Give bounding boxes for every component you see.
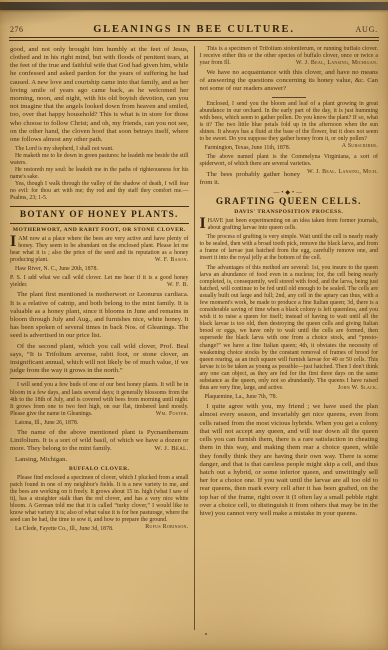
section-divider-rule: [10, 378, 114, 379]
signature-bason: W. F. Bason.: [155, 257, 189, 264]
letter-slack-para2: The process of grafting is very simple. …: [200, 234, 379, 262]
letter-foster: I will send you a few buds of one of our…: [10, 382, 189, 417]
header-rule: [9, 37, 379, 41]
article-continuation: good, and not only brought him humbly at…: [10, 46, 189, 144]
running-header: 276 GLEANINGS IN BEE CULTURE. AUG.: [10, 24, 378, 35]
reply-text: The above named plant is the Commelyna V…: [200, 154, 379, 167]
right-column: This is a specimen of Trifolium stolonif…: [194, 46, 381, 630]
section-ornament: —•◆•—: [200, 189, 379, 196]
editor-reply-basil: The name of the above mentioned plant is…: [10, 429, 189, 454]
page-number: 276: [10, 25, 52, 34]
reply-beal-spiderwort: The above named plant is the Commelyna V…: [200, 154, 379, 168]
dateline-bason: Haw River, N. C., June 20th, 1878.: [10, 266, 189, 273]
journal-title: GLEANINGS IN BEE CULTURE.: [52, 24, 336, 35]
dateline-beal: Lansing, Michigan.: [10, 456, 189, 464]
postscript-signature: W. F. B.: [167, 282, 189, 289]
psalm-line: He restoreth my soul: he leadeth me in t…: [10, 167, 189, 181]
paper-speck: [205, 633, 207, 635]
subhead-davis-process: DAVIS' TRANSPOSITION PROCESS.: [200, 209, 379, 215]
letter-slack-para3: The advantages of this method are severa…: [200, 265, 379, 393]
psalm-line: Yea, though I walk through the valley of…: [10, 181, 189, 202]
editor-reply-wild-clover: Of the second plant, which you call wild…: [10, 343, 189, 376]
signature-robinson: Rufus Robinson.: [138, 524, 188, 531]
editor-reply-motherwort: The plant first mentioned is motherwort …: [10, 291, 189, 340]
issue-month: AUG.: [336, 25, 378, 34]
editor-reply-grafting: I quite agree with you, my friend ; we h…: [200, 403, 379, 518]
dateline-slack: Plaquemine, La., June 7th, '78.: [200, 394, 379, 401]
page-content: 276 GLEANINGS IN BEE CULTURE. AUG. good,…: [0, 0, 388, 630]
signature-subscriber: A Subscriber.: [335, 143, 378, 150]
letter-body: The advantages of this method are severa…: [200, 265, 379, 392]
letter-body: HAVE just been experimenting on an idea …: [208, 218, 378, 231]
postscript-bason: P. S. I add what we call wild clover. Le…: [10, 275, 189, 289]
letter-body: Enclosed, I send you the bloom and leaf …: [200, 101, 379, 142]
subhead-motherwort: MOTHERWORT, AND RABIT FOOT, OR STONE CLO…: [10, 227, 189, 233]
psalm-line: He maketh me to lie down in green pastur…: [10, 153, 189, 167]
subhead-buffalo-clover: BUFFALO CLOVER.: [10, 466, 189, 472]
letter-bason: IAM now at a place where the bees are ve…: [10, 236, 189, 264]
postscript-text: P. S. I add what we call wild clover. Le…: [10, 275, 189, 288]
signature-beal-buffalo: W. J. Beal, Lansing, Michigan.: [289, 60, 378, 67]
reply-beal-buffalo: This is a specimen of Trifolium stolonif…: [200, 46, 379, 67]
section-heading-botany: BOTANY OF HONEY PLANTS.: [10, 210, 189, 220]
editor-note-clover: We have no acquaintance with this clover…: [200, 69, 379, 94]
dateline-foster: Latona, Ill., June 26, 1878.: [10, 420, 189, 427]
signature-slack: John W. Slack.: [331, 385, 378, 392]
signature-foster: Wm. Foster.: [149, 411, 189, 418]
journal-page-scan: 276 GLEANINGS IN BEE CULTURE. AUG. good,…: [0, 0, 388, 650]
letter-subscriber: Enclosed, I send you the bloom and leaf …: [200, 101, 379, 144]
left-column: good, and not only brought him humbly at…: [8, 46, 194, 630]
section-divider-rule: [272, 97, 306, 98]
letter-robinson: Please find enclosed a specimen of clove…: [10, 475, 189, 525]
section-heading-grafting: GRAFTING QUEEN CELLS.: [200, 197, 379, 207]
signature-beal: W. J. Beal.: [147, 445, 188, 453]
psalm-quote: The Lord is my shepherd, I shall not wan…: [10, 146, 189, 202]
letter-slack-para1: IHAVE just been experimenting on an idea…: [200, 218, 379, 232]
signature-beal-spiderwort: W. J. Beal. Lansing, Mich.: [300, 169, 378, 176]
section-heading-box: BOTANY OF HONEY PLANTS.: [10, 206, 189, 224]
psalm-line: The Lord is my shepherd, I shall not wan…: [10, 146, 189, 153]
letter-body: Please find enclosed a specimen of clove…: [10, 475, 189, 524]
text-columns: good, and not only brought him humbly at…: [8, 46, 380, 630]
dropcap-initial: I: [200, 218, 206, 231]
dropcap-initial: I: [10, 236, 16, 249]
